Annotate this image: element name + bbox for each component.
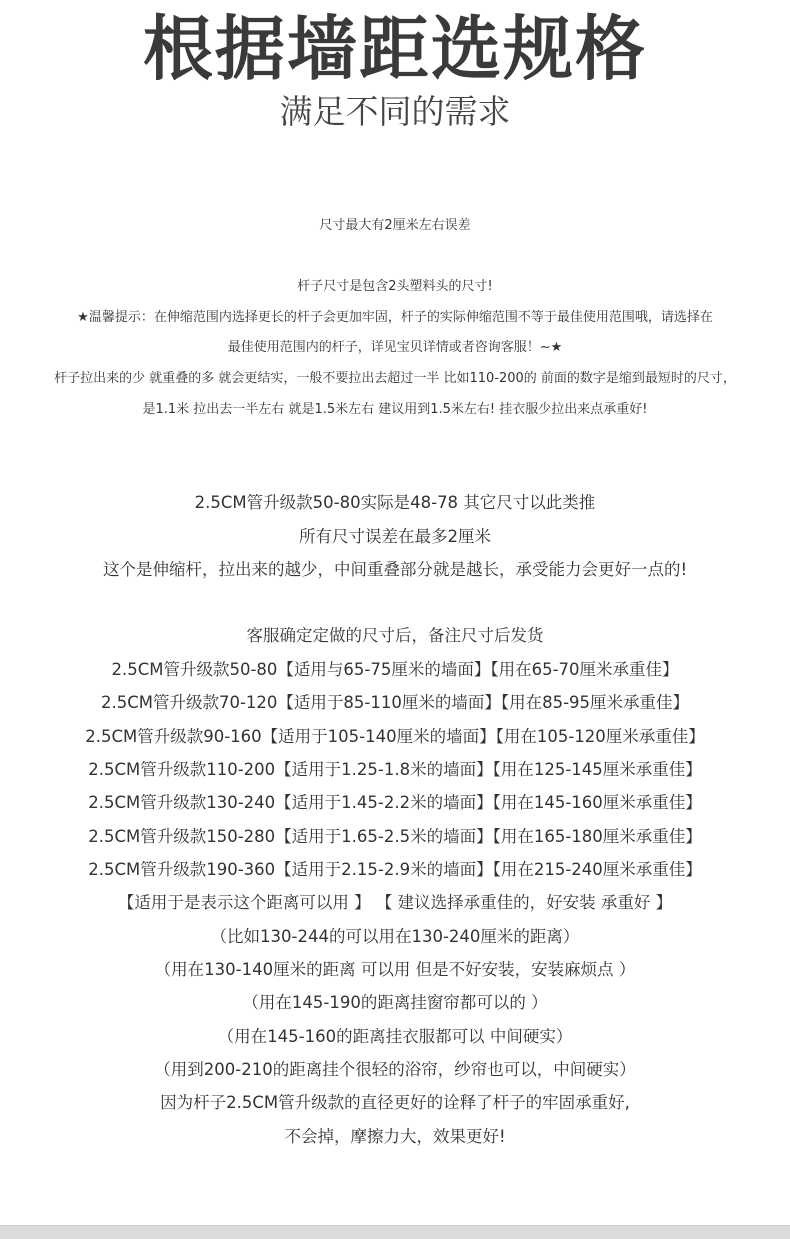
page-subtitle: 满足不同的需求 [0, 90, 790, 134]
example-note: （用在130-140厘米的距离 可以用 但是不好安装，安装麻烦点 ） [0, 958, 790, 982]
rod-size-note: 杆子尺寸是包含2头塑料头的尺寸! [0, 277, 790, 297]
spec-legend: 【适用于是表示这个距离可以用 】 【 建议选择承重佳的，好安装 承重好 】 [0, 891, 790, 915]
spec-intro: 客服确定定做的尺寸后，备注尺寸后发货 [0, 624, 790, 648]
example-note: （用到200-210的距离挂个很轻的浴帘，纱帘也可以，中间硬实） [0, 1058, 790, 1082]
tip-line-2: 最佳使用范围内的杆子，详见宝贝详情或者咨询客服！~★ [0, 338, 790, 358]
spec-row: 2.5CM管升级款90-160【适用于105-140厘米的墙面】【用在105-1… [0, 725, 790, 749]
example-note: （用在145-160的距离挂衣服都可以 中间硬实） [0, 1025, 790, 1049]
spec-row: 2.5CM管升级款190-360【适用于2.15-2.9米的墙面】【用在215-… [0, 858, 790, 882]
spec-row: 2.5CM管升级款110-200【适用于1.25-1.8米的墙面】【用在125-… [0, 758, 790, 782]
telescopic-note: 这个是伸缩杆，拉出来的越少，中间重叠部分就是越长，承受能力会更好一点的! [0, 558, 790, 582]
page-title: 根据墙距选规格 [0, 4, 790, 94]
example-note: （比如130-244的可以用在130-240厘米的距离） [0, 925, 790, 949]
spec-row: 2.5CM管升级款150-280【适用于1.65-2.5米的墙面】【用在165-… [0, 825, 790, 849]
pull-line-2: 是1.1米 拉出去一半左右 就是1.5米左右 建议用到1.5米左右! 挂衣服少拉… [0, 400, 790, 420]
spec-row: 2.5CM管升级款70-120【适用于85-110厘米的墙面】【用在85-95厘… [0, 691, 790, 715]
actual-size-note: 2.5CM管升级款50-80实际是48-78 其它尺寸以此类推 [0, 491, 790, 515]
spec-row: 2.5CM管升级款50-80【适用与65-75厘米的墙面】【用在65-70厘米承… [0, 658, 790, 682]
example-note: （用在145-190的距离挂窗帘都可以的 ） [0, 991, 790, 1015]
tip-line-1: ★温馨提示：在伸缩范围内选择更长的杆子会更加牢固，杆子的实际伸缩范围不等于最佳使… [0, 308, 790, 328]
spec-row: 2.5CM管升级款130-240【适用于1.45-2.2米的墙面】【用在145-… [0, 791, 790, 815]
footer-divider [0, 1225, 790, 1239]
conclusion-line-1: 因为杆子2.5CM管升级款的直径更好的诠释了杆子的牢固承重好, [0, 1091, 790, 1115]
error-note: 尺寸最大有2厘米左右误差 [0, 216, 790, 236]
pull-line-1: 杆子拉出来的少 就重叠的多 就会更结实，一般不要拉出去超过一半 比如110-20… [0, 369, 790, 389]
conclusion-line-2: 不会掉，摩擦力大，效果更好! [0, 1125, 790, 1149]
tolerance-note: 所有尺寸误差在最多2厘米 [0, 525, 790, 549]
